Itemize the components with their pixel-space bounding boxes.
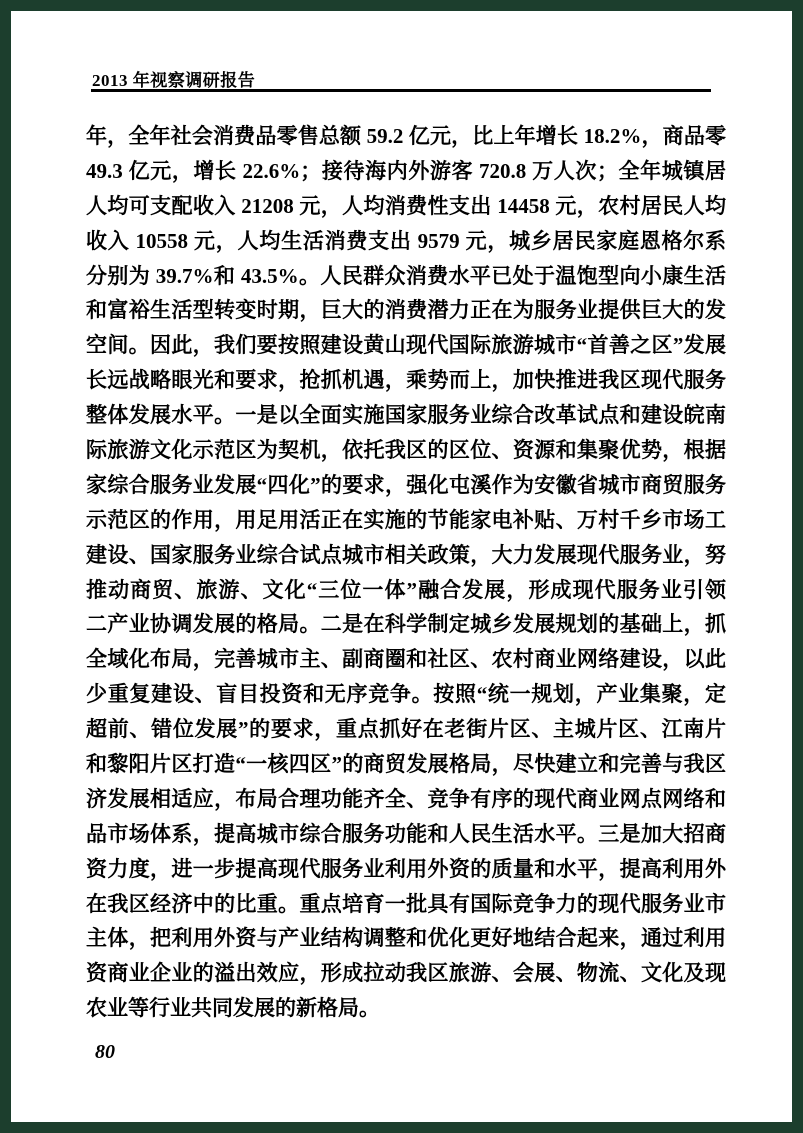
body-line: 资力度，进一步提高现代服务业利用外资的质量和水平，提高利用外资 xyxy=(86,852,726,887)
body-line: 资商业企业的溢出效应，形成拉动我区旅游、会展、物流、文化及现代 xyxy=(86,956,726,991)
body-line: 主体，把利用外资与产业结构调整和优化更好地结合起来，通过利用外 xyxy=(86,921,726,956)
body-line: 全域化布局，完善城市主、副商圈和社区、农村商业网络建设，以此减 xyxy=(86,642,726,677)
body-line: 少重复建设、盲目投资和无序竞争。按照“统一规划，产业集聚，定位 xyxy=(86,677,726,712)
body-line: 和黎阳片区打造“一核四区”的商贸发展格局，尽快建立和完善与我区经 xyxy=(86,747,726,782)
body-line: 在我区经济中的比重。重点培育一批具有国际竞争力的现代服务业市场 xyxy=(86,887,726,922)
body-line: 人均可支配收入 21208 元，人均消费性支出 14458 元，农村居民人均纯 xyxy=(86,189,726,224)
header-underline-rule xyxy=(91,89,711,92)
body-line: 家综合服务业发展“四化”的要求，强化屯溪作为安徽省城市商贸服务业 xyxy=(86,468,726,503)
body-line: 推动商贸、旅游、文化“三位一体”融合发展，形成现代服务业引领一、 xyxy=(86,573,726,608)
body-line: 品市场体系，提高城市综合服务功能和人民生活水平。三是加大招商引 xyxy=(86,817,726,852)
body-line: 收入 10558 元，人均生活消费支出 9579 元，城乡居民家庭恩格尔系数 xyxy=(86,224,726,259)
body-line: 年，全年社会消费品零售总额 59.2 亿元，比上年增长 18.2%，商品零售 xyxy=(86,119,726,154)
body-line: 二产业协调发展的格局。二是在科学制定城乡发展规划的基础上，抓好 xyxy=(86,607,726,642)
document-page: 2013 年视察调研报告 年，全年社会消费品零售总额 59.2 亿元，比上年增长… xyxy=(0,0,803,1133)
body-line: 超前、错位发展”的要求，重点抓好在老街片区、主城片区、江南片区 xyxy=(86,712,726,747)
body-line: 农业等行业共同发展的新格局。 xyxy=(86,991,726,1026)
body-line: 济发展相适应，布局合理功能齐全、竞争有序的现代商业网点网络和商 xyxy=(86,782,726,817)
body-line: 空间。因此，我们要按照建设黄山现代国际旅游城市“首善之区”发展的 xyxy=(86,328,726,363)
body-line: 建设、国家服务业综合试点城市相关政策，大力发展现代服务业，努力 xyxy=(86,538,726,573)
page-number: 80 xyxy=(95,1041,115,1064)
body-line: 际旅游文化示范区为契机，依托我区的区位、资源和集聚优势，根据国 xyxy=(86,433,726,468)
body-line: 和富裕生活型转变时期，巨大的消费潜力正在为服务业提供巨大的发展 xyxy=(86,293,726,328)
body-line: 示范区的作用，用足用活正在实施的节能家电补贴、万村千乡市场工程 xyxy=(86,503,726,538)
body-line: 长远战略眼光和要求，抢抓机遇，乘势而上，加快推进我区现代服务业 xyxy=(86,363,726,398)
body-line: 49.3 亿元，增长 22.6%；接待海内外游客 720.8 万人次；全年城镇居… xyxy=(86,154,726,189)
body-line: 分别为 39.7%和 43.5%。人民群众消费水平已处于温饱型向小康生活型 xyxy=(86,259,726,294)
report-header-title: 2013 年视察调研报告 xyxy=(92,66,255,91)
body-paragraph: 年，全年社会消费品零售总额 59.2 亿元，比上年增长 18.2%，商品零售 4… xyxy=(86,119,726,1026)
body-line: 整体发展水平。一是以全面实施国家服务业综合改革试点和建设皖南国 xyxy=(86,398,726,433)
